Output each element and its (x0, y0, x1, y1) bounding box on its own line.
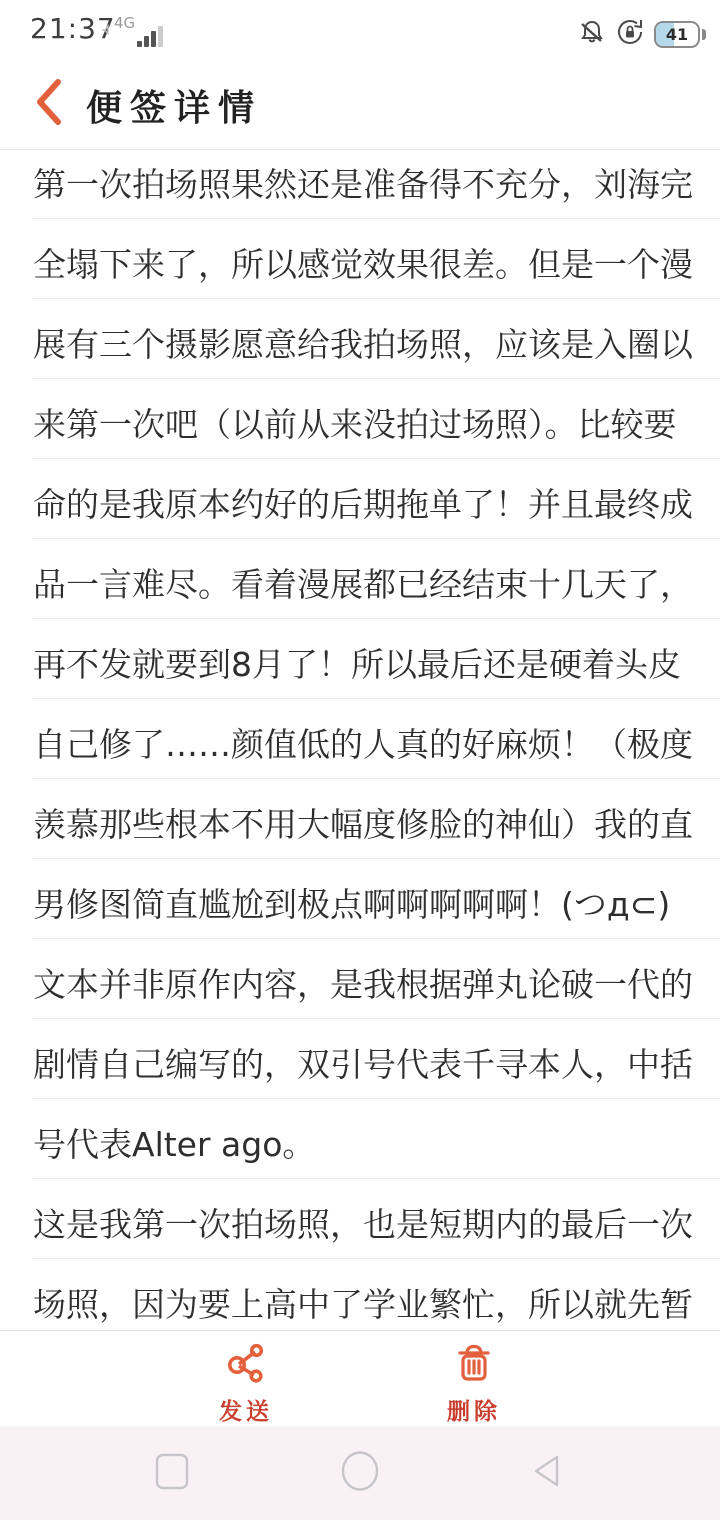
network-indicator: 4G (100, 14, 166, 52)
note-line: 第一次拍场照果然还是准备得不充分，刘海完 (32, 151, 720, 219)
bell-muted-icon (578, 18, 606, 50)
trash-icon (454, 1343, 494, 1387)
status-bar: 21:37 4G (0, 0, 720, 56)
recents-button[interactable] (148, 1449, 196, 1497)
note-line: 文本并非原作内容，是我根据弹丸论破一代的 (32, 939, 720, 1019)
battery-percent: 41 (666, 25, 688, 44)
note-line: 品一言难尽。看着漫展都已经结束十几天了， (32, 539, 720, 619)
note-line: 再不发就要到8月了！所以最后还是硬着头皮 (32, 619, 720, 699)
home-button[interactable] (336, 1449, 384, 1497)
bottom-toolbar: 发送 删除 (0, 1330, 720, 1426)
volte-icon (100, 20, 112, 39)
recents-square-icon (154, 1451, 190, 1495)
note-content[interactable]: 第一次拍场照果然还是准备得不充分，刘海完全塌下来了，所以感觉效果很差。但是一个漫… (0, 151, 720, 1330)
home-circle-icon (338, 1449, 382, 1497)
note-line: 场照，因为要上高中了学业繁忙，所以就先暂 (32, 1259, 720, 1330)
send-button-label: 发送 (219, 1393, 273, 1426)
note-line: 号代表Alter ago。 (32, 1099, 720, 1179)
battery-nub (702, 29, 706, 40)
signal-icon (136, 24, 166, 52)
delete-button[interactable]: 删除 (419, 1331, 529, 1426)
page-title: 便签详情 (86, 80, 262, 131)
note-line: 这是我第一次拍场照，也是短期内的最后一次 (32, 1179, 720, 1259)
note-line: 命的是我原本约好的后期拖单了！并且最终成 (32, 459, 720, 539)
note-line: 来第一次吧（以前从来没拍过场照）。比较要 (32, 379, 720, 459)
network-type-label: 4G (114, 14, 135, 32)
note-line: 男修图简直尴尬到极点啊啊啊啊啊！(つд⊂) (32, 859, 720, 939)
header: 便签详情 (0, 56, 720, 150)
back-triangle-icon (528, 1451, 568, 1495)
chevron-left-icon (33, 78, 63, 130)
nav-back-button[interactable] (524, 1449, 572, 1497)
delete-button-label: 删除 (447, 1393, 501, 1426)
back-button[interactable] (26, 78, 70, 130)
note-line: 全塌下来了，所以感觉效果很差。但是一个漫 (32, 219, 720, 299)
note-line: 羡慕那些根本不用大幅度修脸的神仙）我的直 (32, 779, 720, 859)
screen-lock-icon (616, 18, 644, 50)
android-nav-bar (0, 1426, 720, 1520)
battery-icon: 41 (654, 21, 700, 48)
note-line: 自己修了……颜值低的人真的好麻烦！（极度 (32, 699, 720, 779)
note-line: 剧情自己编写的，双引号代表千寻本人，中括 (32, 1019, 720, 1099)
note-line: 展有三个摄影愿意给我拍场照，应该是入圈以 (32, 299, 720, 379)
share-icon (226, 1343, 266, 1387)
send-button[interactable]: 发送 (191, 1331, 301, 1426)
